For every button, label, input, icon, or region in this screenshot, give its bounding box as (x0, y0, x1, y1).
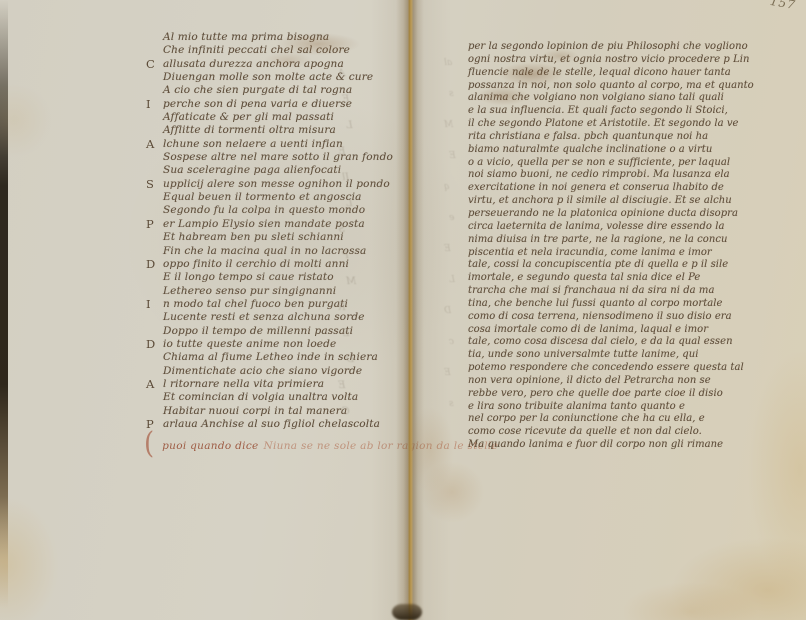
commentary-line: Ma quando lanima e fuor dil corpo non gl… (468, 439, 760, 452)
commentary-line: circa laeternita de lanima, volesse dire… (468, 221, 760, 234)
gutter-bottom-shadow (392, 604, 422, 620)
commentary-line: fluencie nale de le stelle, lequal dicon… (468, 67, 760, 80)
commentary-line: perseuerando ne la platonica opinione du… (468, 208, 760, 221)
bleedthrough-mark: E (444, 244, 451, 254)
verse-line: Doppo finito il cerchio di molti anni (146, 258, 393, 271)
verse-line-text: Et comincian di volgia unaltra volta (163, 391, 358, 404)
verse-line-text: perche son di pena varia e diuerse (163, 98, 352, 111)
verse-line: Callusata durezza anchora apogna (146, 58, 393, 71)
verse-line-text: lchune son nelaere a uenti infian (163, 138, 343, 151)
commentary-line: tale, cossi la concupiscentia pte di que… (468, 259, 760, 272)
tercet-initial: D (146, 338, 163, 351)
verse-line: E il longo tempo si caue ristato (146, 271, 393, 284)
commentary-line: e lira sono tribuite alanima tanto quant… (468, 401, 760, 414)
tercet-initial: A (146, 138, 163, 151)
commentary-line: tia, unde sono universalmte tutte lanime… (468, 349, 760, 362)
verse-line-text: Segondo fu la colpa in questo mondo (163, 204, 365, 217)
verse-line-text: Diuengan molle son molte acte & cure (163, 71, 373, 84)
commentary-line: como di cosa terrena, niensodimeno il su… (468, 311, 760, 324)
verse-line: Dio tutte queste anime non loede (146, 338, 393, 351)
bleedthrough-mark: E (449, 151, 456, 161)
tercet-initial (146, 31, 163, 44)
commentary-line: e la sua influencia. Et quali facto sego… (468, 105, 760, 118)
verse-line: A cio che sien purgate di tal rogna (146, 84, 393, 97)
book-left-edge (0, 0, 8, 620)
verse-line-text: Afflitte di tormenti oltra misura (163, 124, 336, 137)
commentary-line: biamo naturalmte qualche inclinatione o … (468, 144, 760, 157)
tercet-initial: I (146, 98, 163, 111)
tercet-initial: P (146, 218, 163, 231)
verse-line-text: l ritornare nella vita primiera (163, 378, 324, 391)
verse-line-text: E il longo tempo si caue ristato (163, 271, 334, 284)
tercet-initial (146, 311, 163, 324)
right-page-commentary-block: per la segondo lopinion de piu Philosoph… (468, 41, 760, 452)
folio-number: 157 (769, 0, 797, 12)
verse-line-text: Lucente resti et senza alchuna sorde (163, 311, 365, 324)
commentary-line: virtu, et anchora p il simile al disciug… (468, 195, 760, 208)
verse-line-text: upplicij alere son messe ognihon il pond… (163, 178, 390, 191)
commentary-line: tina, che benche lui fussi quanto al cor… (468, 298, 760, 311)
bleedthrough-mark: q (444, 182, 450, 192)
bleedthrough-mark: c (449, 337, 454, 347)
paragraph-flourish-icon: ( (144, 431, 154, 456)
verse-line: Segondo fu la colpa in questo mondo (146, 204, 393, 217)
commentary-line: possanza in noi, non solo quanto al corp… (468, 80, 760, 93)
rubric-lemma-text: Niuna se ne sole ab lor ragion da le ste… (264, 440, 499, 452)
bleedthrough-mark: al (444, 58, 452, 68)
verse-line: Afflitte di tormenti oltra misura (146, 124, 393, 137)
tercet-initial (146, 164, 163, 177)
bleedthrough-mark: E (444, 368, 451, 378)
tercet-initial (146, 285, 163, 298)
verse-line-text: Lethereo senso pur singignanni (163, 285, 336, 298)
verse-line: Diuengan molle son molte acte & cure (146, 71, 393, 84)
verse-line-text: n modo tal chel fuoco ben purgati (163, 298, 348, 311)
tercet-initial: I (146, 298, 163, 311)
bleedthrough-mark: s (449, 89, 454, 99)
verse-line-text: oppo finito il cerchio di molti anni (163, 258, 349, 271)
verse-line-text: Sua sceleragine paga alienfocati (163, 164, 341, 177)
left-page-verse-block: Al mio tutte ma prima bisognaChe infinit… (146, 31, 393, 431)
commentary-line: nel corpo per la coniunctione che ha cu … (468, 413, 760, 426)
tercet-initial (146, 84, 163, 97)
bleedthrough-mark: s (449, 399, 454, 409)
commentary-line: piscentia et nela iracundia, come lanima… (468, 247, 760, 260)
verse-line: Lethereo senso pur singignanni (146, 285, 393, 298)
verse-line-text: A cio che sien purgate di tal rogna (163, 84, 352, 97)
book-gutter-fold (396, 0, 424, 620)
tercet-initial (146, 325, 163, 338)
commentary-line: tale, como cosa discesa dal cielo, e da … (468, 336, 760, 349)
verse-line: Lucente resti et senza alchuna sorde (146, 311, 393, 324)
verse-line: Equal beuen il tormento et angoscia (146, 191, 393, 204)
tercet-initial (146, 71, 163, 84)
commentary-line: exercitatione in noi genera et conserua … (468, 182, 760, 195)
verse-line-text: Dimentichate acio che siano vigorde (163, 365, 362, 378)
commentary-line: il che segondo Platone et Aristotile. Et… (468, 118, 760, 131)
tercet-initial (146, 405, 163, 418)
commentary-line: como cose ricevute da quelle et non dal … (468, 426, 760, 439)
verse-line-text: Che infiniti peccati chel sal colore (163, 44, 350, 57)
tercet-initial: S (146, 178, 163, 191)
tercet-initial (146, 245, 163, 258)
bleedthrough-mark: M (444, 120, 453, 130)
manuscript-photo: Al mio tutte ma prima bisognaChe infinit… (0, 0, 806, 620)
verse-line: Al ritornare nella vita primiera (146, 378, 393, 391)
commentary-line: noi siamo buoni, ne cedio rimprobi. Ma l… (468, 169, 760, 182)
verse-line: Sua sceleragine paga alienfocati (146, 164, 393, 177)
verse-line-text: Equal beuen il tormento et angoscia (163, 191, 362, 204)
tercet-initial (146, 151, 163, 164)
verse-line-text: Fin che la macina qual in no lacrossa (163, 245, 366, 258)
commentary-line: cosa imortale como di de lanima, laqual … (468, 324, 760, 337)
commentary-line: rita christiana e falsa. pbch quantunque… (468, 131, 760, 144)
verse-line-text: er Lampio Elysio sien mandate posta (163, 218, 365, 231)
commentary-line: non vera opinione, il dicto del Petrarch… (468, 375, 760, 388)
verse-line-text: Doppo il tempo de millenni passati (163, 325, 353, 338)
verse-line: Et habream ben pu sleti schianni (146, 231, 393, 244)
verse-line: Alchune son nelaere a uenti infian (146, 138, 393, 151)
tercet-initial: C (146, 58, 163, 71)
tercet-initial (146, 365, 163, 378)
commentary-line: nima diuisa in tre parte, ne la ragione,… (468, 234, 760, 247)
verse-line: Habitar nuoui corpi in tal manera (146, 405, 393, 418)
tercet-initial (146, 271, 163, 284)
commentary-line: o a vicio, quella per se non e sufficien… (468, 157, 760, 170)
tercet-initial (146, 124, 163, 137)
verse-line-text: Habitar nuoui corpi in tal manera (163, 405, 347, 418)
tercet-initial (146, 391, 163, 404)
verse-line-text: Al mio tutte ma prima bisogna (163, 31, 329, 44)
commentary-line: rebbe vero, pero che quelle doe parte ci… (468, 388, 760, 401)
verse-line: Supplicij alere son messe ognihon il pon… (146, 178, 393, 191)
tercet-initial: D (146, 258, 163, 271)
rubric-line: (puoi quando diceNiuna se ne sole ab lor… (144, 433, 498, 455)
verse-line-text: arlaua Anchise al suo figliol chelascolt… (163, 418, 380, 431)
verse-line: Doppo il tempo de millenni passati (146, 325, 393, 338)
bleedthrough-mark: D (444, 306, 451, 316)
commentary-line: potemo respondere che concedendo essere … (468, 362, 760, 375)
verse-line-text: allusata durezza anchora apogna (163, 58, 344, 71)
verse-line: Fin che la macina qual in no lacrossa (146, 245, 393, 258)
verse-line: Sospese altre nel mare sotto il gran fon… (146, 151, 393, 164)
verse-line: Che infiniti peccati chel sal colore (146, 44, 393, 57)
commentary-line: per la segondo lopinion de piu Philosoph… (468, 41, 760, 54)
verse-line: Per Lampio Elysio sien mandate posta (146, 218, 393, 231)
verse-line: Parlaua Anchise al suo figliol chelascol… (146, 418, 393, 431)
rubric-lead-text: puoi quando dice (162, 440, 258, 452)
verse-line-text: Chiama al fiume Letheo inde in schiera (163, 351, 378, 364)
verse-line-text: Sospese altre nel mare sotto il gran fon… (163, 151, 393, 164)
commentary-line: trarcha che mai si franchaua ni da sira … (468, 285, 760, 298)
bleedthrough-mark: L (449, 275, 455, 285)
verse-line: Al mio tutte ma prima bisogna (146, 31, 393, 44)
tercet-initial (146, 204, 163, 217)
tercet-initial (146, 351, 163, 364)
verse-line-text: io tutte queste anime non loede (163, 338, 336, 351)
commentary-line: alanima che volgiano non volgiano siano … (468, 92, 760, 105)
verse-line: Iperche son di pena varia e diuerse (146, 98, 393, 111)
bleedthrough-marks-column: alsMEqeELDcEs (444, 0, 466, 620)
tercet-initial (146, 44, 163, 57)
tercet-initial (146, 111, 163, 124)
tercet-initial: A (146, 378, 163, 391)
commentary-line: imortale, e segundo questa tal snia dice… (468, 272, 760, 285)
tercet-initial (146, 231, 163, 244)
tercet-initial (146, 191, 163, 204)
verse-line: Affaticate & per gli mal passati (146, 111, 393, 124)
commentary-line: ogni nostra virtu, et ognia nostro vicio… (468, 54, 760, 67)
verse-line: Et comincian di volgia unaltra volta (146, 391, 393, 404)
bleedthrough-mark: e (449, 213, 454, 223)
verse-line: Dimentichate acio che siano vigorde (146, 365, 393, 378)
verse-line: In modo tal chel fuoco ben purgati (146, 298, 393, 311)
verse-line-text: Affaticate & per gli mal passati (163, 111, 334, 124)
verse-line: Chiama al fiume Letheo inde in schiera (146, 351, 393, 364)
verse-line-text: Et habream ben pu sleti schianni (163, 231, 344, 244)
